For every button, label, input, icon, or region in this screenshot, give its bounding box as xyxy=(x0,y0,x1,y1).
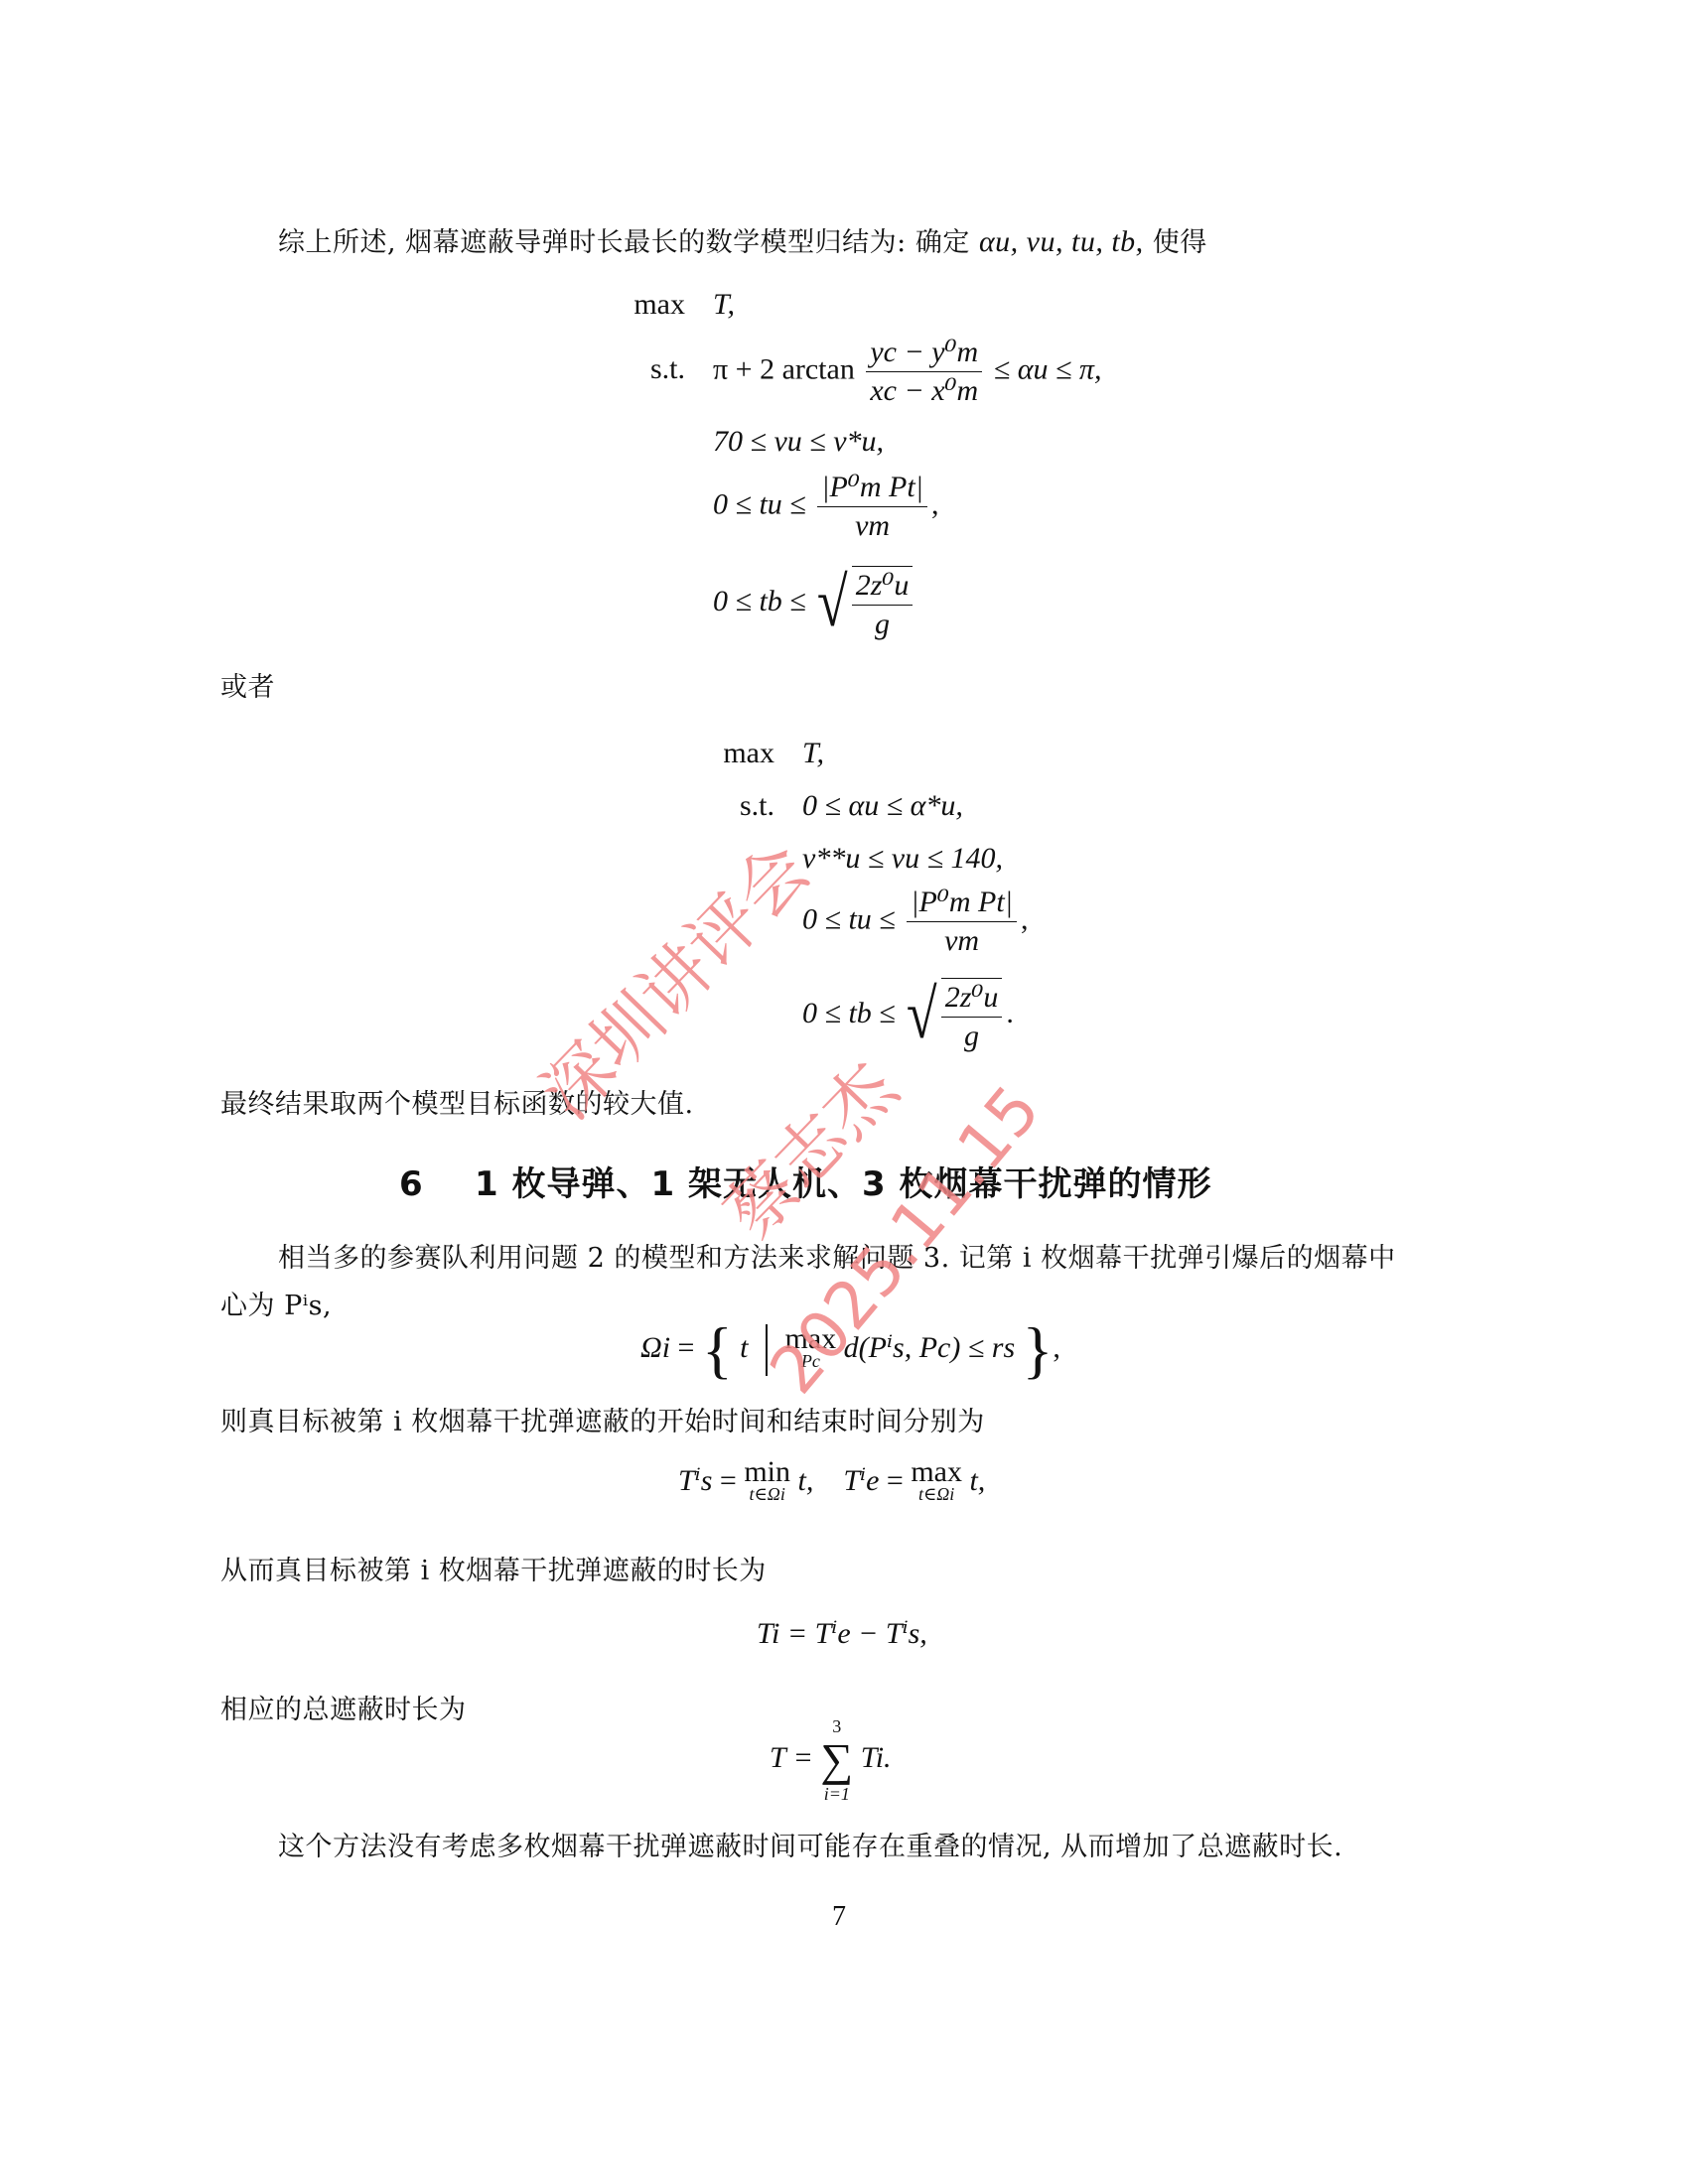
denominator: g xyxy=(871,606,894,641)
total-lhs: T = xyxy=(770,1741,813,1774)
radical-sign-icon: √ xyxy=(817,569,848,638)
objective-expr: T, xyxy=(802,737,824,769)
fraction: |P⁰m Pt| vm xyxy=(817,471,927,543)
duration-equation: Ti = Tⁱe − Tⁱs, xyxy=(757,1616,927,1651)
total-body: Ti. xyxy=(861,1741,892,1774)
numerator: |P⁰m Pt| xyxy=(907,886,1017,922)
model2-constraint-1: s.t.0 ≤ αu ≤ α*u, xyxy=(685,789,963,823)
start-time-var: t, xyxy=(798,1464,814,1497)
constraint-expr: 0 ≤ αu ≤ α*u, xyxy=(802,789,963,822)
radicand: 2z⁰u g xyxy=(941,978,1003,1053)
model1-constraint-2: 70 ≤ vu ≤ v*u, xyxy=(713,425,884,459)
constraint-suffix: . xyxy=(1006,997,1014,1029)
max-label: max xyxy=(685,737,774,770)
paragraph-1-line-1: 相当多的参赛队利用问题 2 的模型和方法来求解问题 3. 记第 i 枚烟幕干扰弹… xyxy=(278,1236,1396,1275)
numerator: yc − y⁰m xyxy=(866,336,982,372)
st-label: s.t. xyxy=(685,789,774,823)
constraint-suffix: , xyxy=(1021,902,1029,935)
operator-label: max xyxy=(785,1328,837,1350)
omega-equation: Ωi = { t max Pc d(Pⁱs, Pc) ≤ rs }, xyxy=(640,1318,1060,1382)
omega-body: d(Pⁱs, Pc) ≤ rs xyxy=(844,1331,1015,1364)
max-operator: max t∈Ωi xyxy=(911,1461,962,1505)
model2-constraint-3: 0 ≤ tu ≤ |P⁰m Pt| vm , xyxy=(802,886,1028,958)
operator-subscript: Pc xyxy=(801,1350,820,1372)
constraint-suffix: ≤ αu ≤ π, xyxy=(994,352,1102,385)
constraint-prefix: 0 ≤ tu ≤ xyxy=(802,902,896,935)
watermark-line-2: 蔡志杰 xyxy=(699,1036,916,1256)
start-time-lhs: Tⁱs xyxy=(678,1464,712,1497)
sum-lower-limit: i=1 xyxy=(824,1783,850,1805)
intro-text: 综上所述, 烟幕遮蔽导弹时长最长的数学模型归结为: 确定 xyxy=(278,227,970,258)
radicand: 2z⁰u g xyxy=(852,566,914,641)
sigma-icon: ∑ xyxy=(820,1737,853,1783)
constraint-prefix: 0 ≤ tu ≤ xyxy=(713,487,806,520)
intro-tail: 使得 xyxy=(1153,227,1207,258)
numerator: |P⁰m Pt| xyxy=(817,471,927,507)
omega-lhs: Ωi xyxy=(640,1331,670,1364)
sum-operator: 3 ∑ i=1 xyxy=(820,1715,853,1805)
model1-constraint-4: 0 ≤ tb ≤ √ 2z⁰u g xyxy=(713,566,916,641)
right-brace-icon: } xyxy=(1023,1314,1054,1385)
numerator: 2z⁰u xyxy=(941,981,1003,1018)
fraction: |P⁰m Pt| vm xyxy=(907,886,1017,958)
denominator: vm xyxy=(940,922,983,958)
radical-sign-icon: √ xyxy=(907,981,937,1050)
model2-constraint-4: 0 ≤ tb ≤ √ 2z⁰u g . xyxy=(802,978,1014,1053)
fraction: yc − y⁰m xc − x⁰m xyxy=(866,336,982,408)
omega-tail: , xyxy=(1053,1331,1060,1364)
objective-expr: T, xyxy=(713,288,735,321)
page-number: 7 xyxy=(832,1901,846,1933)
intro-variables: αu, vu, tu, tb, xyxy=(979,225,1144,258)
set-divider xyxy=(766,1324,768,1376)
max-label: max xyxy=(596,288,685,322)
model1-constraint-3: 0 ≤ tu ≤ |P⁰m Pt| vm , xyxy=(713,471,938,543)
paragraph-4: 相应的总遮蔽时长为 xyxy=(220,1688,467,1726)
section-number: 6 xyxy=(399,1164,424,1204)
paragraph-3: 从而真目标被第 i 枚烟幕干扰弹遮蔽的时长为 xyxy=(220,1549,767,1587)
constraint-prefix: 0 ≤ tb ≤ xyxy=(713,585,806,617)
model2-constraint-2: v**u ≤ vu ≤ 140, xyxy=(802,842,1003,876)
left-brace-icon: { xyxy=(702,1314,733,1385)
operator-subscript: t∈Ωi xyxy=(749,1483,784,1505)
paragraph-1-line-2: 心为 Pⁱs, xyxy=(220,1284,332,1322)
end-time-lhs: Tⁱe xyxy=(843,1464,879,1497)
constraint-prefix: π + 2 arctan xyxy=(713,352,855,385)
paragraph-2: 则真目标被第 i 枚烟幕干扰弹遮蔽的开始时间和结束时间分别为 xyxy=(220,1400,985,1438)
section-title: 1 枚导弹、1 架无人机、3 枚烟幕干扰弹的情形 xyxy=(475,1164,1211,1204)
conclusion-text: 最终结果取两个模型目标函数的较大值. xyxy=(220,1082,694,1121)
model1-objective: maxT, xyxy=(596,288,735,322)
intro-paragraph: 综上所述, 烟幕遮蔽导弹时长最长的数学模型归结为: 确定 αu, vu, tu,… xyxy=(278,220,1207,259)
square-root: √ 2z⁰u g xyxy=(813,566,916,641)
min-operator: min t∈Ωi xyxy=(744,1461,790,1505)
section-heading: 6 1 枚导弹、1 架无人机、3 枚烟幕干扰弹的情形 xyxy=(399,1157,1212,1205)
model2-objective: maxT, xyxy=(685,737,824,770)
or-text: 或者 xyxy=(220,665,275,704)
set-variable: t xyxy=(740,1331,748,1364)
model1-constraint-1: s.t.π + 2 arctan yc − y⁰m xc − x⁰m ≤ αu … xyxy=(596,336,1101,408)
numerator: 2z⁰u xyxy=(852,569,914,606)
denominator: g xyxy=(960,1018,983,1053)
max-operator: max Pc xyxy=(785,1328,837,1372)
constraint-prefix: 0 ≤ tb ≤ xyxy=(802,997,896,1029)
times-equation: Tⁱs = min t∈Ωi t, Tⁱe = max t∈Ωi t, xyxy=(678,1461,985,1505)
denominator: xc − x⁰m xyxy=(866,372,982,408)
operator-label: min xyxy=(744,1461,790,1483)
total-equation: T = 3 ∑ i=1 Ti. xyxy=(770,1715,892,1805)
paragraph-5: 这个方法没有考虑多枚烟幕干扰弹遮蔽时间可能存在重叠的情况, 从而增加了总遮蔽时长… xyxy=(278,1825,1342,1863)
constraint-suffix: , xyxy=(931,487,939,520)
end-time-var: t, xyxy=(969,1464,985,1497)
st-label: s.t. xyxy=(596,352,685,386)
operator-label: max xyxy=(911,1461,962,1483)
denominator: vm xyxy=(851,507,894,543)
square-root: √ 2z⁰u g xyxy=(903,978,1006,1053)
operator-subscript: t∈Ωi xyxy=(918,1483,954,1505)
